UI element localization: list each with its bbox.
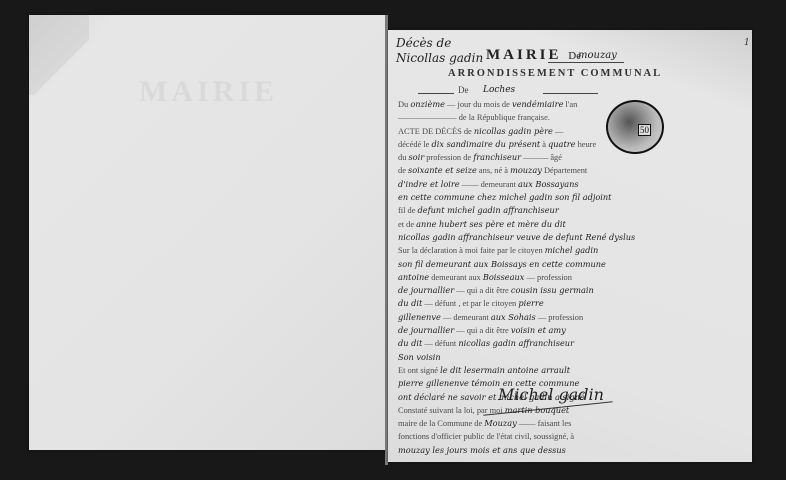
printed-text: heure (576, 140, 597, 149)
record-line: Constaté suivant la loi, par moi martin … (398, 404, 698, 417)
underline (548, 62, 624, 63)
margin-note-line-2: Nicollas gadin (396, 51, 483, 66)
printed-text: Et ont signé (398, 366, 440, 375)
handwritten-text: anne hubert ses père et mère du dit (416, 219, 566, 229)
printed-text: — défunt (422, 339, 458, 348)
mairie-commune: mouzay (578, 50, 617, 61)
handwritten-text: son fil demeurant aux Boissays en cette … (398, 259, 606, 269)
mairie-label: MAIRIE (486, 47, 562, 63)
handwritten-text: voisin et amy (511, 325, 566, 335)
printed-text: Département (542, 166, 587, 175)
record-line: d'indre et loire —— demeurant aux Bossay… (398, 178, 698, 191)
printed-text: du (398, 153, 408, 162)
record-line: et de anne hubert ses père et mère du di… (398, 218, 698, 231)
printed-text: — défunt , et par le citoyen (422, 299, 518, 308)
handwritten-text: mouzay (510, 165, 542, 175)
handwritten-text: franchiseur (473, 152, 521, 162)
handwritten-text: defunt michel gadin affranchiseur (418, 205, 559, 215)
record-line: ——————— de la République française. (398, 111, 698, 124)
record-line: maire de la Commune de Mouzay —— faisant… (398, 417, 698, 430)
printed-text: — demeurant (441, 313, 491, 322)
handwritten-text: Son voisin (398, 352, 441, 362)
handwritten-text: aux Bossayans (518, 179, 579, 189)
handwritten-text: quatre (548, 139, 575, 149)
printed-text: ans, né à (477, 166, 510, 175)
handwritten-text: aux Sohais (491, 312, 536, 322)
printed-text: demeurant aux (429, 273, 483, 282)
signature: Michel gadin (498, 385, 604, 404)
record-line: en cette commune chez michel gadin son f… (398, 191, 698, 204)
handwritten-text: onzième (410, 99, 445, 109)
record-line: son fil demeurant aux Boissays en cette … (398, 258, 698, 271)
printed-text: Sur la déclaration à moi faite par le ci… (398, 246, 545, 255)
record-line: de journallier — qui a dit être voisin e… (398, 324, 698, 337)
margin-note: Décès de Nicollas gadin (396, 36, 483, 66)
printed-text: — jour du mois de (445, 100, 512, 109)
record-line: de soixante et seize ans, né à mouzay Dé… (398, 164, 698, 177)
printed-text: ACTE DE DÉCÈS de (398, 127, 474, 136)
printed-text: fonctions d'officier public de l'état ci… (398, 432, 574, 441)
printed-text: et de (398, 220, 416, 229)
printed-text: — qui a dit être (454, 326, 511, 335)
record-line: décédé le dix sandimaire du présent à qu… (398, 138, 698, 151)
underline (543, 93, 598, 94)
handwritten-text: de journallier (398, 285, 454, 295)
right-page: 1 Décès de Nicollas gadin MAIRIE De mouz… (388, 30, 752, 462)
handwritten-text: nicollas gadin père (474, 126, 553, 136)
handwritten-text: en cette commune chez michel gadin son f… (398, 192, 611, 202)
printed-text: ——————— de la République française. (398, 113, 550, 122)
record-line: du soir profession de franchiseur ——— âg… (398, 151, 698, 164)
margin-note-line-1: Décès de (396, 36, 483, 51)
record-line: fonctions d'officier public de l'état ci… (398, 430, 698, 443)
handwritten-text: pierre (518, 298, 543, 308)
printed-text: Du (398, 100, 410, 109)
handwritten-text: d'indre et loire (398, 179, 460, 189)
printed-text: — profession (536, 313, 583, 322)
printed-text: — (553, 127, 563, 136)
printed-text: maire de la Commune de (398, 419, 484, 428)
handwritten-text: cousin issu germain (511, 285, 594, 295)
handwritten-text: gillenenve (398, 312, 441, 322)
handwritten-text: du dit (398, 298, 422, 308)
printed-text: ——— âgé (521, 153, 562, 162)
printed-text: décédé le (398, 140, 431, 149)
handwritten-text: nicollas gadin affranchiseur (458, 338, 574, 348)
printed-text: —— faisant les (517, 419, 572, 428)
record-line: du dit — défunt nicollas gadin affranchi… (398, 337, 698, 350)
record-line: de journallier — qui a dit être cousin i… (398, 284, 698, 297)
handwritten-text: michel gadin (545, 245, 599, 255)
handwritten-text: vendémiaire (512, 99, 563, 109)
printed-text: — profession (524, 273, 571, 282)
arrondissement-prefix: De (458, 85, 469, 95)
handwritten-text: Boisseaux (483, 272, 525, 282)
handwritten-text: de journallier (398, 325, 454, 335)
page-fold (29, 15, 89, 95)
handwritten-text: soir (408, 152, 424, 162)
record-line: fil de defunt michel gadin affranchiseur (398, 204, 698, 217)
page-number: 1 (744, 38, 750, 48)
record-line: Son voisin (398, 351, 698, 364)
left-page: MAIRIE (29, 15, 386, 450)
record-line: Et ont signé le dit lesermain antoine ar… (398, 364, 698, 377)
record-line: gillenenve — demeurant aux Sohais — prof… (398, 311, 698, 324)
handwritten-text: nicollas gadin affranchiseur veuve de de… (398, 232, 635, 242)
handwritten-text: du dit (398, 338, 422, 348)
arrondissement-title: ARRONDISSEMENT COMMUNAL (448, 68, 662, 79)
record-line: Sur la déclaration à moi faite par le ci… (398, 244, 698, 257)
handwritten-text: le dit lesermain antoine arrault (440, 365, 570, 375)
printed-text: profession de (424, 153, 473, 162)
handwritten-text: mouzay les jours mois et ans que dessus (398, 445, 566, 455)
underline (418, 93, 454, 94)
handwritten-text: Mouzay (484, 418, 516, 428)
handwritten-text: dix sandimaire du présent (431, 139, 540, 149)
record-line: Du onzième — jour du mois de vendémiaire… (398, 98, 698, 111)
arrondissement-name: Loches (483, 85, 515, 95)
record-line: mouzay les jours mois et ans que dessus (398, 444, 698, 457)
printed-text: l'an (563, 100, 577, 109)
record-line: ACTE DE DÉCÈS de nicollas gadin père — (398, 125, 698, 138)
printed-text: —— demeurant (460, 180, 518, 189)
printed-text: à (540, 140, 548, 149)
bleed-through-text: MAIRIE (139, 75, 369, 185)
printed-text: de (398, 166, 408, 175)
printed-text: fil de (398, 206, 418, 215)
handwritten-text: antoine (398, 272, 429, 282)
record-line: nicollas gadin affranchiseur veuve de de… (398, 231, 698, 244)
handwritten-text: soixante et seize (408, 165, 477, 175)
record-line: du dit — défunt , et par le citoyen pier… (398, 297, 698, 310)
record-line: antoine demeurant aux Boisseaux — profes… (398, 271, 698, 284)
printed-text: — qui a dit être (454, 286, 511, 295)
